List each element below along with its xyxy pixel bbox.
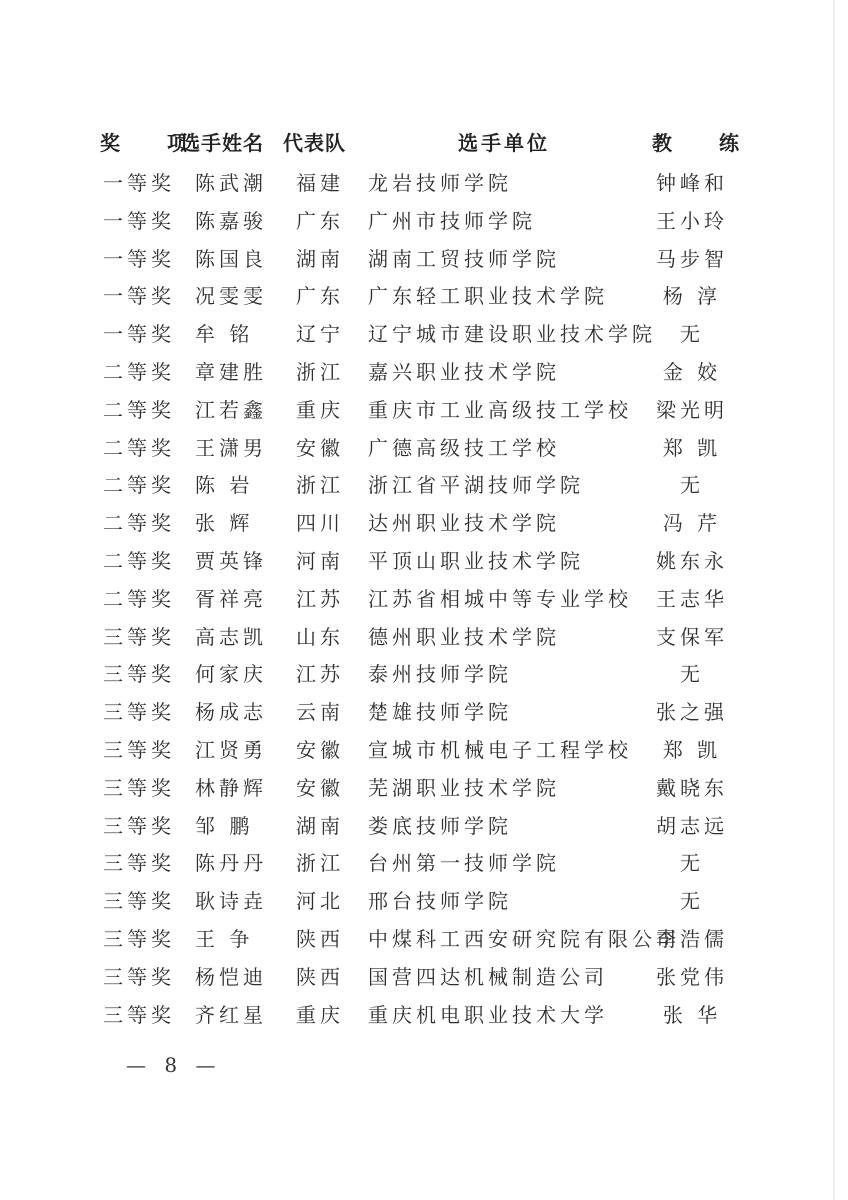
cell-name: 陈国良 [195,243,267,272]
cell-unit: 嘉兴职业技术学院 [368,356,560,385]
cell-name: 王潇男 [195,432,267,461]
cell-team: 陕西 [296,961,344,990]
cell-name: 邹 鹏 [195,810,253,839]
cell-unit: 重庆机电职业技术大学 [368,999,608,1028]
cell-unit: 楚雄技师学院 [368,696,512,725]
page-number: — 8 — [126,1053,221,1077]
cell-coach: 无 [652,847,732,876]
cell-award: 一等奖 [103,280,175,309]
cell-name: 牟 铭 [195,318,253,347]
table-row: 三等奖陈丹丹浙江台州第一技师学院无 [100,847,740,885]
cell-unit: 湖南工贸技师学院 [368,243,560,272]
table-row: 二等奖张 辉四川达州职业技术学院冯 芹 [100,507,740,545]
cell-award: 三等奖 [103,621,175,650]
cell-coach: 张之强 [652,696,732,725]
header-coach: 教 练 [652,127,732,156]
cell-team: 福建 [296,167,344,196]
cell-coach: 张党伟 [652,961,732,990]
cell-name: 何家庆 [195,658,267,687]
header-contestant-name: 选手姓名 [180,127,264,156]
table-row: 一等奖陈武潮福建龙岩技师学院钟峰和 [100,167,740,205]
table-row: 二等奖章建胜浙江嘉兴职业技术学院金 姣 [100,356,740,394]
cell-name: 高志凯 [195,621,267,650]
cell-award: 二等奖 [103,356,175,385]
cell-unit: 达州职业技术学院 [368,507,560,536]
cell-team: 浙江 [296,356,344,385]
cell-team: 云南 [296,696,344,725]
cell-team: 浙江 [296,469,344,498]
cell-coach: 杨 淳 [652,280,732,309]
cell-coach: 王小玲 [652,205,732,234]
cell-team: 江苏 [296,658,344,687]
cell-name: 陈 岩 [195,469,253,498]
cell-award: 三等奖 [103,847,175,876]
cell-award: 二等奖 [103,432,175,461]
scan-edge-line [833,0,835,1200]
cell-award: 一等奖 [103,243,175,272]
table-row: 一等奖牟 铭辽宁辽宁城市建设职业技术学院无 [100,318,740,356]
table-row: 二等奖王潇男安徽广德高级技工学校郑 凯 [100,432,740,470]
cell-unit: 中煤科工西安研究院有限公司 [368,923,680,952]
table-row: 三等奖江贤勇安徽宣城市机械电子工程学校郑 凯 [100,734,740,772]
cell-unit: 芜湖职业技术学院 [368,772,560,801]
cell-award: 二等奖 [103,507,175,536]
cell-award: 二等奖 [103,583,175,612]
cell-name: 王 争 [195,923,253,952]
cell-unit: 重庆市工业高级技工学校 [368,394,632,423]
cell-unit: 泰州技师学院 [368,658,512,687]
cell-award: 二等奖 [103,545,175,574]
table-row: 二等奖贾英锋河南平顶山职业技术学院姚东永 [100,545,740,583]
cell-team: 河北 [296,885,344,914]
awards-table: 奖 项 选手姓名 代表队 选手单位 教 练 一等奖陈武潮福建龙岩技师学院钟峰和一… [100,127,740,1036]
cell-name: 况雯雯 [195,280,267,309]
cell-name: 江贤勇 [195,734,267,763]
cell-unit: 浙江省平湖技师学院 [368,469,584,498]
cell-coach: 李浩儒 [652,923,732,952]
cell-award: 三等奖 [103,734,175,763]
cell-name: 陈丹丹 [195,847,267,876]
table-row: 三等奖杨成志云南楚雄技师学院张之强 [100,696,740,734]
table-header-row: 奖 项 选手姓名 代表队 选手单位 教 练 [100,127,740,167]
cell-unit: 广州市技师学院 [368,205,536,234]
cell-unit: 国营四达机械制造公司 [368,961,608,990]
cell-unit: 广德高级技工学校 [368,432,560,461]
cell-team: 湖南 [296,810,344,839]
table-row: 三等奖杨恺迪陕西国营四达机械制造公司张党伟 [100,961,740,999]
cell-team: 安徽 [296,432,344,461]
cell-award: 二等奖 [103,469,175,498]
cell-unit: 邢台技师学院 [368,885,512,914]
cell-coach: 无 [652,469,732,498]
cell-team: 辽宁 [296,318,344,347]
cell-coach: 马步智 [652,243,732,272]
cell-coach: 王志华 [652,583,732,612]
cell-unit: 辽宁城市建设职业技术学院 [368,318,656,347]
cell-unit: 平顶山职业技术学院 [368,545,584,574]
cell-award: 三等奖 [103,810,175,839]
cell-award: 一等奖 [103,205,175,234]
table-row: 二等奖江若鑫重庆重庆市工业高级技工学校梁光明 [100,394,740,432]
cell-coach: 张 华 [652,999,732,1028]
cell-name: 章建胜 [195,356,267,385]
cell-unit: 江苏省相城中等专业学校 [368,583,632,612]
cell-name: 杨成志 [195,696,267,725]
cell-unit: 德州职业技术学院 [368,621,560,650]
cell-name: 杨恺迪 [195,961,267,990]
cell-name: 陈武潮 [195,167,267,196]
cell-award: 三等奖 [103,923,175,952]
cell-coach: 冯 芹 [652,507,732,536]
cell-coach: 戴晓东 [652,772,732,801]
table-row: 三等奖齐红星重庆重庆机电职业技术大学张 华 [100,999,740,1037]
cell-name: 齐红星 [195,999,267,1028]
cell-unit: 龙岩技师学院 [368,167,512,196]
table-row: 三等奖何家庆江苏泰州技师学院无 [100,658,740,696]
cell-coach: 姚东永 [652,545,732,574]
table-row: 一等奖况雯雯广东广东轻工职业技术学院杨 淳 [100,280,740,318]
cell-award: 三等奖 [103,961,175,990]
cell-award: 三等奖 [103,885,175,914]
table-row: 二等奖陈 岩浙江浙江省平湖技师学院无 [100,469,740,507]
table-row: 二等奖胥祥亮江苏江苏省相城中等专业学校王志华 [100,583,740,621]
header-unit: 选手单位 [458,127,550,156]
cell-award: 三等奖 [103,696,175,725]
cell-team: 江苏 [296,583,344,612]
cell-award: 三等奖 [103,772,175,801]
table-row: 三等奖耿诗垚河北邢台技师学院无 [100,885,740,923]
cell-coach: 金 姣 [652,356,732,385]
cell-award: 二等奖 [103,394,175,423]
cell-team: 湖南 [296,243,344,272]
cell-name: 胥祥亮 [195,583,267,612]
cell-team: 浙江 [296,847,344,876]
cell-team: 河南 [296,545,344,574]
cell-coach: 郑 凯 [652,734,732,763]
cell-coach: 支保军 [652,621,732,650]
cell-name: 贾英锋 [195,545,267,574]
cell-unit: 台州第一技师学院 [368,847,560,876]
cell-coach: 胡志远 [652,810,732,839]
cell-coach: 钟峰和 [652,167,732,196]
cell-name: 江若鑫 [195,394,267,423]
cell-name: 张 辉 [195,507,253,536]
cell-name: 陈嘉骏 [195,205,267,234]
cell-award: 一等奖 [103,167,175,196]
cell-team: 安徽 [296,734,344,763]
header-team: 代表队 [283,127,346,156]
cell-name: 耿诗垚 [195,885,267,914]
cell-coach: 无 [652,658,732,687]
cell-name: 林静辉 [195,772,267,801]
cell-award: 三等奖 [103,999,175,1028]
table-row: 三等奖邹 鹏湖南娄底技师学院胡志远 [100,810,740,848]
cell-unit: 广东轻工职业技术学院 [368,280,608,309]
cell-coach: 梁光明 [652,394,732,423]
cell-team: 安徽 [296,772,344,801]
cell-unit: 娄底技师学院 [368,810,512,839]
cell-unit: 宣城市机械电子工程学校 [368,734,632,763]
cell-coach: 郑 凯 [652,432,732,461]
cell-team: 重庆 [296,394,344,423]
table-row: 一等奖陈国良湖南湖南工贸技师学院马步智 [100,243,740,281]
table-row: 三等奖王 争陕西中煤科工西安研究院有限公司李浩儒 [100,923,740,961]
cell-team: 陕西 [296,923,344,952]
table-row: 三等奖林静辉安徽芜湖职业技术学院戴晓东 [100,772,740,810]
cell-award: 三等奖 [103,658,175,687]
table-row: 三等奖高志凯山东德州职业技术学院支保军 [100,621,740,659]
cell-team: 四川 [296,507,344,536]
cell-team: 山东 [296,621,344,650]
cell-team: 广东 [296,280,344,309]
cell-team: 重庆 [296,999,344,1028]
cell-award: 一等奖 [103,318,175,347]
cell-team: 广东 [296,205,344,234]
cell-coach: 无 [652,885,732,914]
cell-coach: 无 [652,318,732,347]
table-row: 一等奖陈嘉骏广东广州市技师学院王小玲 [100,205,740,243]
